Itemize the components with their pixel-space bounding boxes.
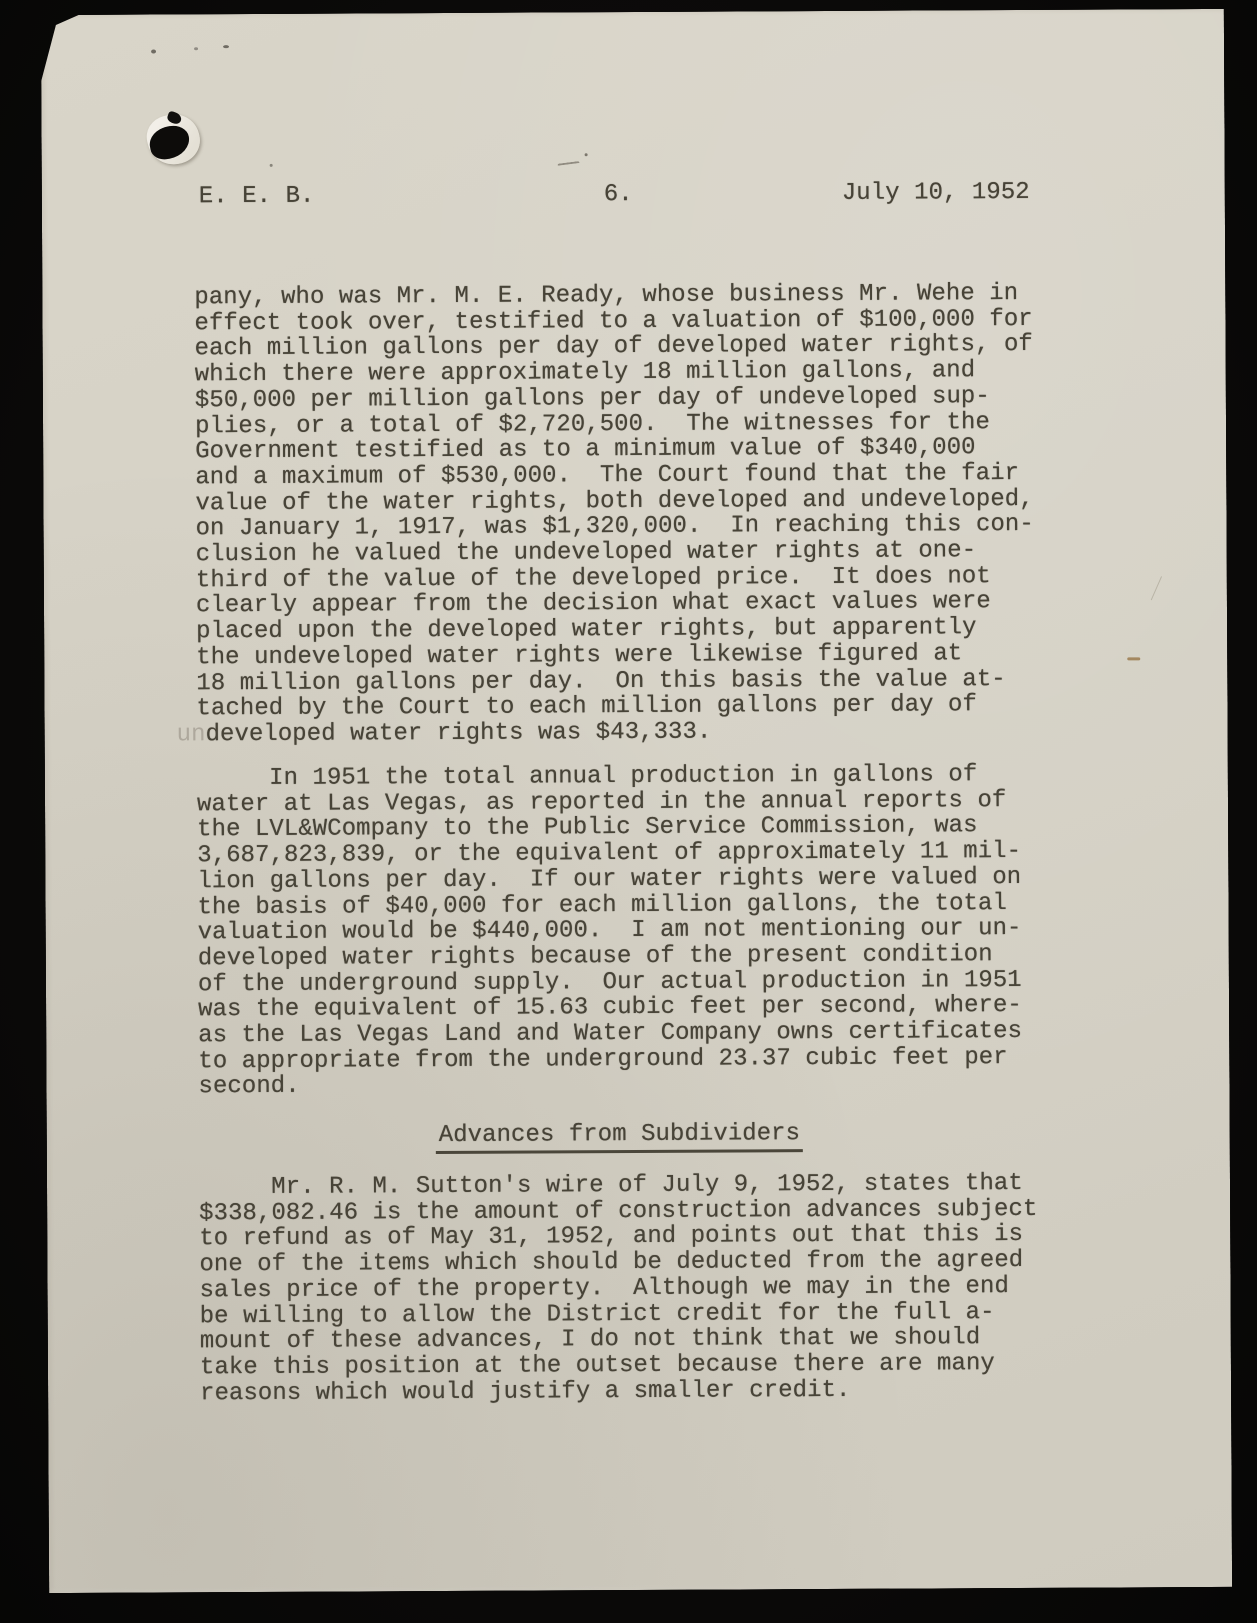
punch-hole [137,106,207,174]
text-line: to appropriate from the underground 23.3… [198,1045,1022,1075]
text-line: take this position at the outset because… [200,1351,1038,1381]
pencil-mark-dot [585,153,588,156]
text-line: second. [198,1070,1022,1100]
rust-mark [1127,657,1140,660]
ink-speck [223,45,229,48]
paragraph-1: pany, who was Mr. M. E. Ready, whose bus… [194,281,1035,722]
paragraph-1-last-line: undeveloped water rights was $43,333. [177,720,712,749]
pencil-mark [557,161,579,169]
paper-fiber [1151,576,1162,600]
ink-speck [270,164,273,167]
author-initials: E. E. B. [199,184,315,210]
line-text: developed water rights was $43,333. [205,719,711,749]
page-number: 6. [604,182,633,208]
ink-speck [151,50,156,54]
page-header: E. E. B. 6. July 10, 1952 [42,179,1225,215]
header-date: July 10, 1952 [842,180,1030,207]
paragraph-3: Mr. R. M. Sutton's wire of July 9, 1952,… [199,1171,1038,1407]
text-line: tached by the Court to each million gall… [196,692,1034,722]
ink-speck [194,47,198,50]
paper-page: E. E. B. 6. July 10, 1952 pany, who was … [41,9,1232,1593]
text-line: reasons which would justify a smaller cr… [200,1377,1038,1407]
paragraph-2: In 1951 the total annual production in g… [197,762,1023,1100]
section-heading: Advances from Subdividers [436,1121,803,1154]
faded-text: un [177,721,206,748]
